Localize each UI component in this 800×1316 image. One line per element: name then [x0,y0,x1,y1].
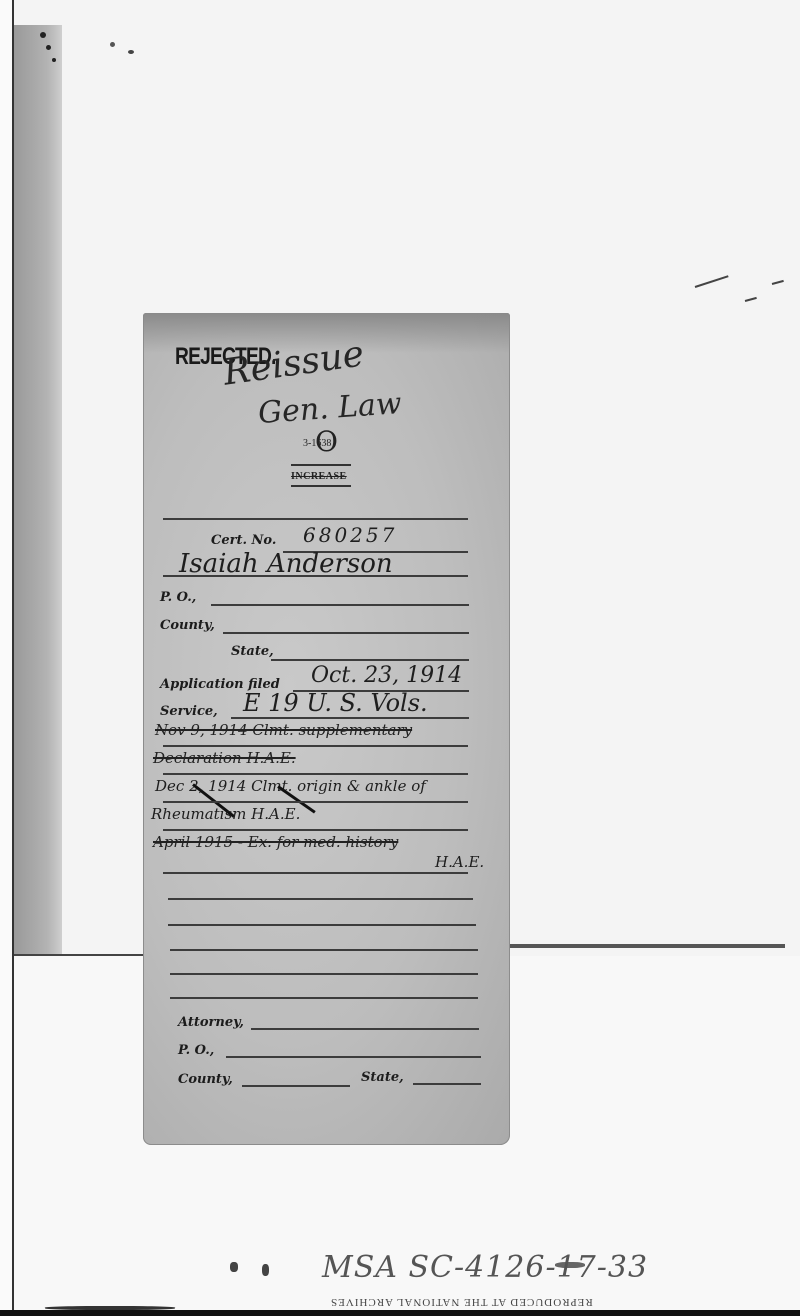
increase-label-struck: INCREASE [291,471,347,482]
note-line: April 1915 - Ex. for med. history [153,833,398,851]
fold-line [510,944,785,948]
blank-rule [168,898,473,900]
ink-smudge [230,1262,238,1272]
attorney-po-line [226,1056,481,1058]
rule [291,464,351,466]
divider-line [163,518,468,520]
attorney-state-line [413,1083,481,1085]
scratch-mark [695,275,729,288]
attorney-label: Attorney, [178,1015,244,1030]
note-rule [163,745,468,747]
note-rule [163,872,468,874]
note-line: Declaration H.A.E. [153,749,296,767]
ink-speck [110,42,115,47]
county-line [223,632,469,634]
note-line: H.A.E. [435,853,484,871]
po-line [211,604,469,606]
cert-no-value: 680257 [303,523,397,547]
blank-rule [170,973,478,975]
fold-line [14,954,149,956]
ink-speck [46,45,51,50]
archive-id-handwritten: MSA SC-4126-17-33 [322,1250,648,1285]
ink-speck [40,32,46,38]
blank-rule [170,997,478,999]
attorney-state-label: State, [361,1070,404,1085]
note-line: Nov 9, 1914 Clmt. supplementary [155,721,412,739]
application-filed-value: Oct. 23, 1914 [311,663,462,688]
field-line [231,717,469,719]
archive-stamp: REPRODUCED AT THE NATIONAL ARCHIVES [330,1296,593,1308]
ink-speck [52,58,56,62]
scan-border-left [0,0,14,1316]
county-label: County, [160,618,215,633]
ink-speck [128,50,134,54]
state-label: State, [231,644,274,659]
scratch-mark [745,297,757,302]
cert-no-label: Cert. No. [211,533,276,548]
note-line: Rheumatism H.A.E. [151,805,300,823]
scan-border-bottom [0,1310,800,1316]
attorney-line [251,1028,479,1030]
circled-mark: O [315,425,338,458]
folder-edge-stripe [14,25,62,955]
rule [291,485,351,487]
note-rule [163,829,468,831]
attorney-county-line [242,1085,350,1087]
scratch-mark [772,280,784,285]
attorney-county-label: County, [178,1072,233,1087]
state-line [271,659,469,661]
service-label: Service, [160,704,218,719]
blank-rule [170,949,478,951]
po-label: P. O., [160,590,196,605]
service-value: E 19 U. S. Vols. [243,689,428,717]
attorney-po-label: P. O., [178,1043,214,1058]
field-line [163,575,468,577]
index-card: REJECTED. Reissue Gen. Law 3-1638 O INCR… [143,313,510,1145]
note-rule [163,801,468,803]
ink-smudge [262,1264,269,1276]
note-rule [163,773,468,775]
blank-rule [168,924,476,926]
